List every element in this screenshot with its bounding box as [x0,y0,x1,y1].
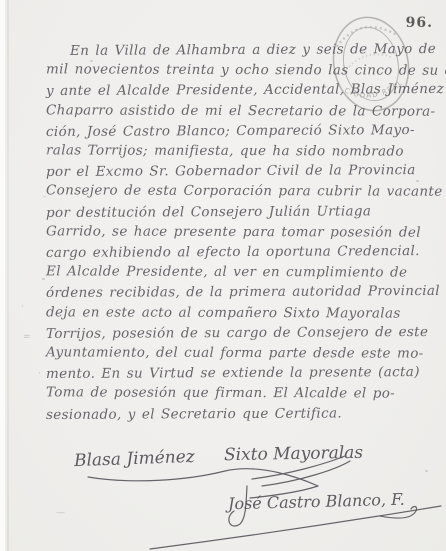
manuscript-line: Ayuntamiento, del cual forma parte desde… [46,342,438,364]
manuscript-line: sesionado, y el Secretario que Certifica… [46,403,438,425]
manuscript-line: mento. En su Virtud se extiende la prese… [46,362,438,384]
manuscript-line: mil novecientos treinta y ocho siendo la… [46,60,438,82]
manuscript-line: y ante el Alcalde Presidente, Accidental… [46,79,438,101]
margin-mark: - [43,192,46,202]
margin-mark: · [38,369,41,379]
manuscript-line: por destitución del Consejero Julián Urt… [46,201,438,223]
scan-edge-line [7,0,9,551]
manuscript-line: órdenes recibidas, de la primera autorid… [46,281,438,303]
margin-mark: — [56,508,65,518]
scan-speck [425,470,428,472]
signature-alcalde: Blasa Jiménez [74,447,195,471]
manuscript-line: Garrido, se hace presente para tomar pos… [46,221,438,243]
scan-speck [42,278,45,280]
manuscript-body: En la Villa de Alhambra a diez y seis de… [46,40,438,424]
scan-speck [90,60,93,62]
manuscript-line: cargo exhibiendo al efecto la oportuna C… [46,241,438,263]
manuscript-line: En la Villa de Alhambra a diez y seis de… [46,39,438,61]
manuscript-line: El Alcalde Presidente, al ver en cumplim… [46,262,438,284]
manuscript-line: por el Excmo Sr. Gobernador Civil de la … [46,160,438,182]
signature-posesionado: Sixto Mayoralas [224,443,363,465]
margin-mark: = [23,332,31,342]
margin-mark: · [21,302,24,312]
manuscript-line: ralas Torrijos; manifiesta, que ha sido … [46,140,438,162]
scan-edge-strip [0,0,5,551]
manuscript-line: Chaparro asistido de mi el Secretario de… [46,100,438,122]
signature-secretario: José Castro Blanco, F. [228,490,405,514]
manuscript-line: Toma de posesión que firman. El Alcalde … [46,383,438,405]
scan-speck [46,152,49,154]
scanned-manuscript-page: 96. CIUDAD REAL En la Villa de Alhambra … [0,0,446,551]
manuscript-line: Consejero de esta Corporación para cubri… [46,181,438,203]
manuscript-line: ción, José Castro Blanco; Compareció Six… [46,120,438,142]
scan-speck [416,180,419,182]
manuscript-line: Torrijos, posesión de su cargo de Consej… [46,322,438,344]
manuscript-line: deja en este acto al compañero Sixto May… [46,302,438,324]
